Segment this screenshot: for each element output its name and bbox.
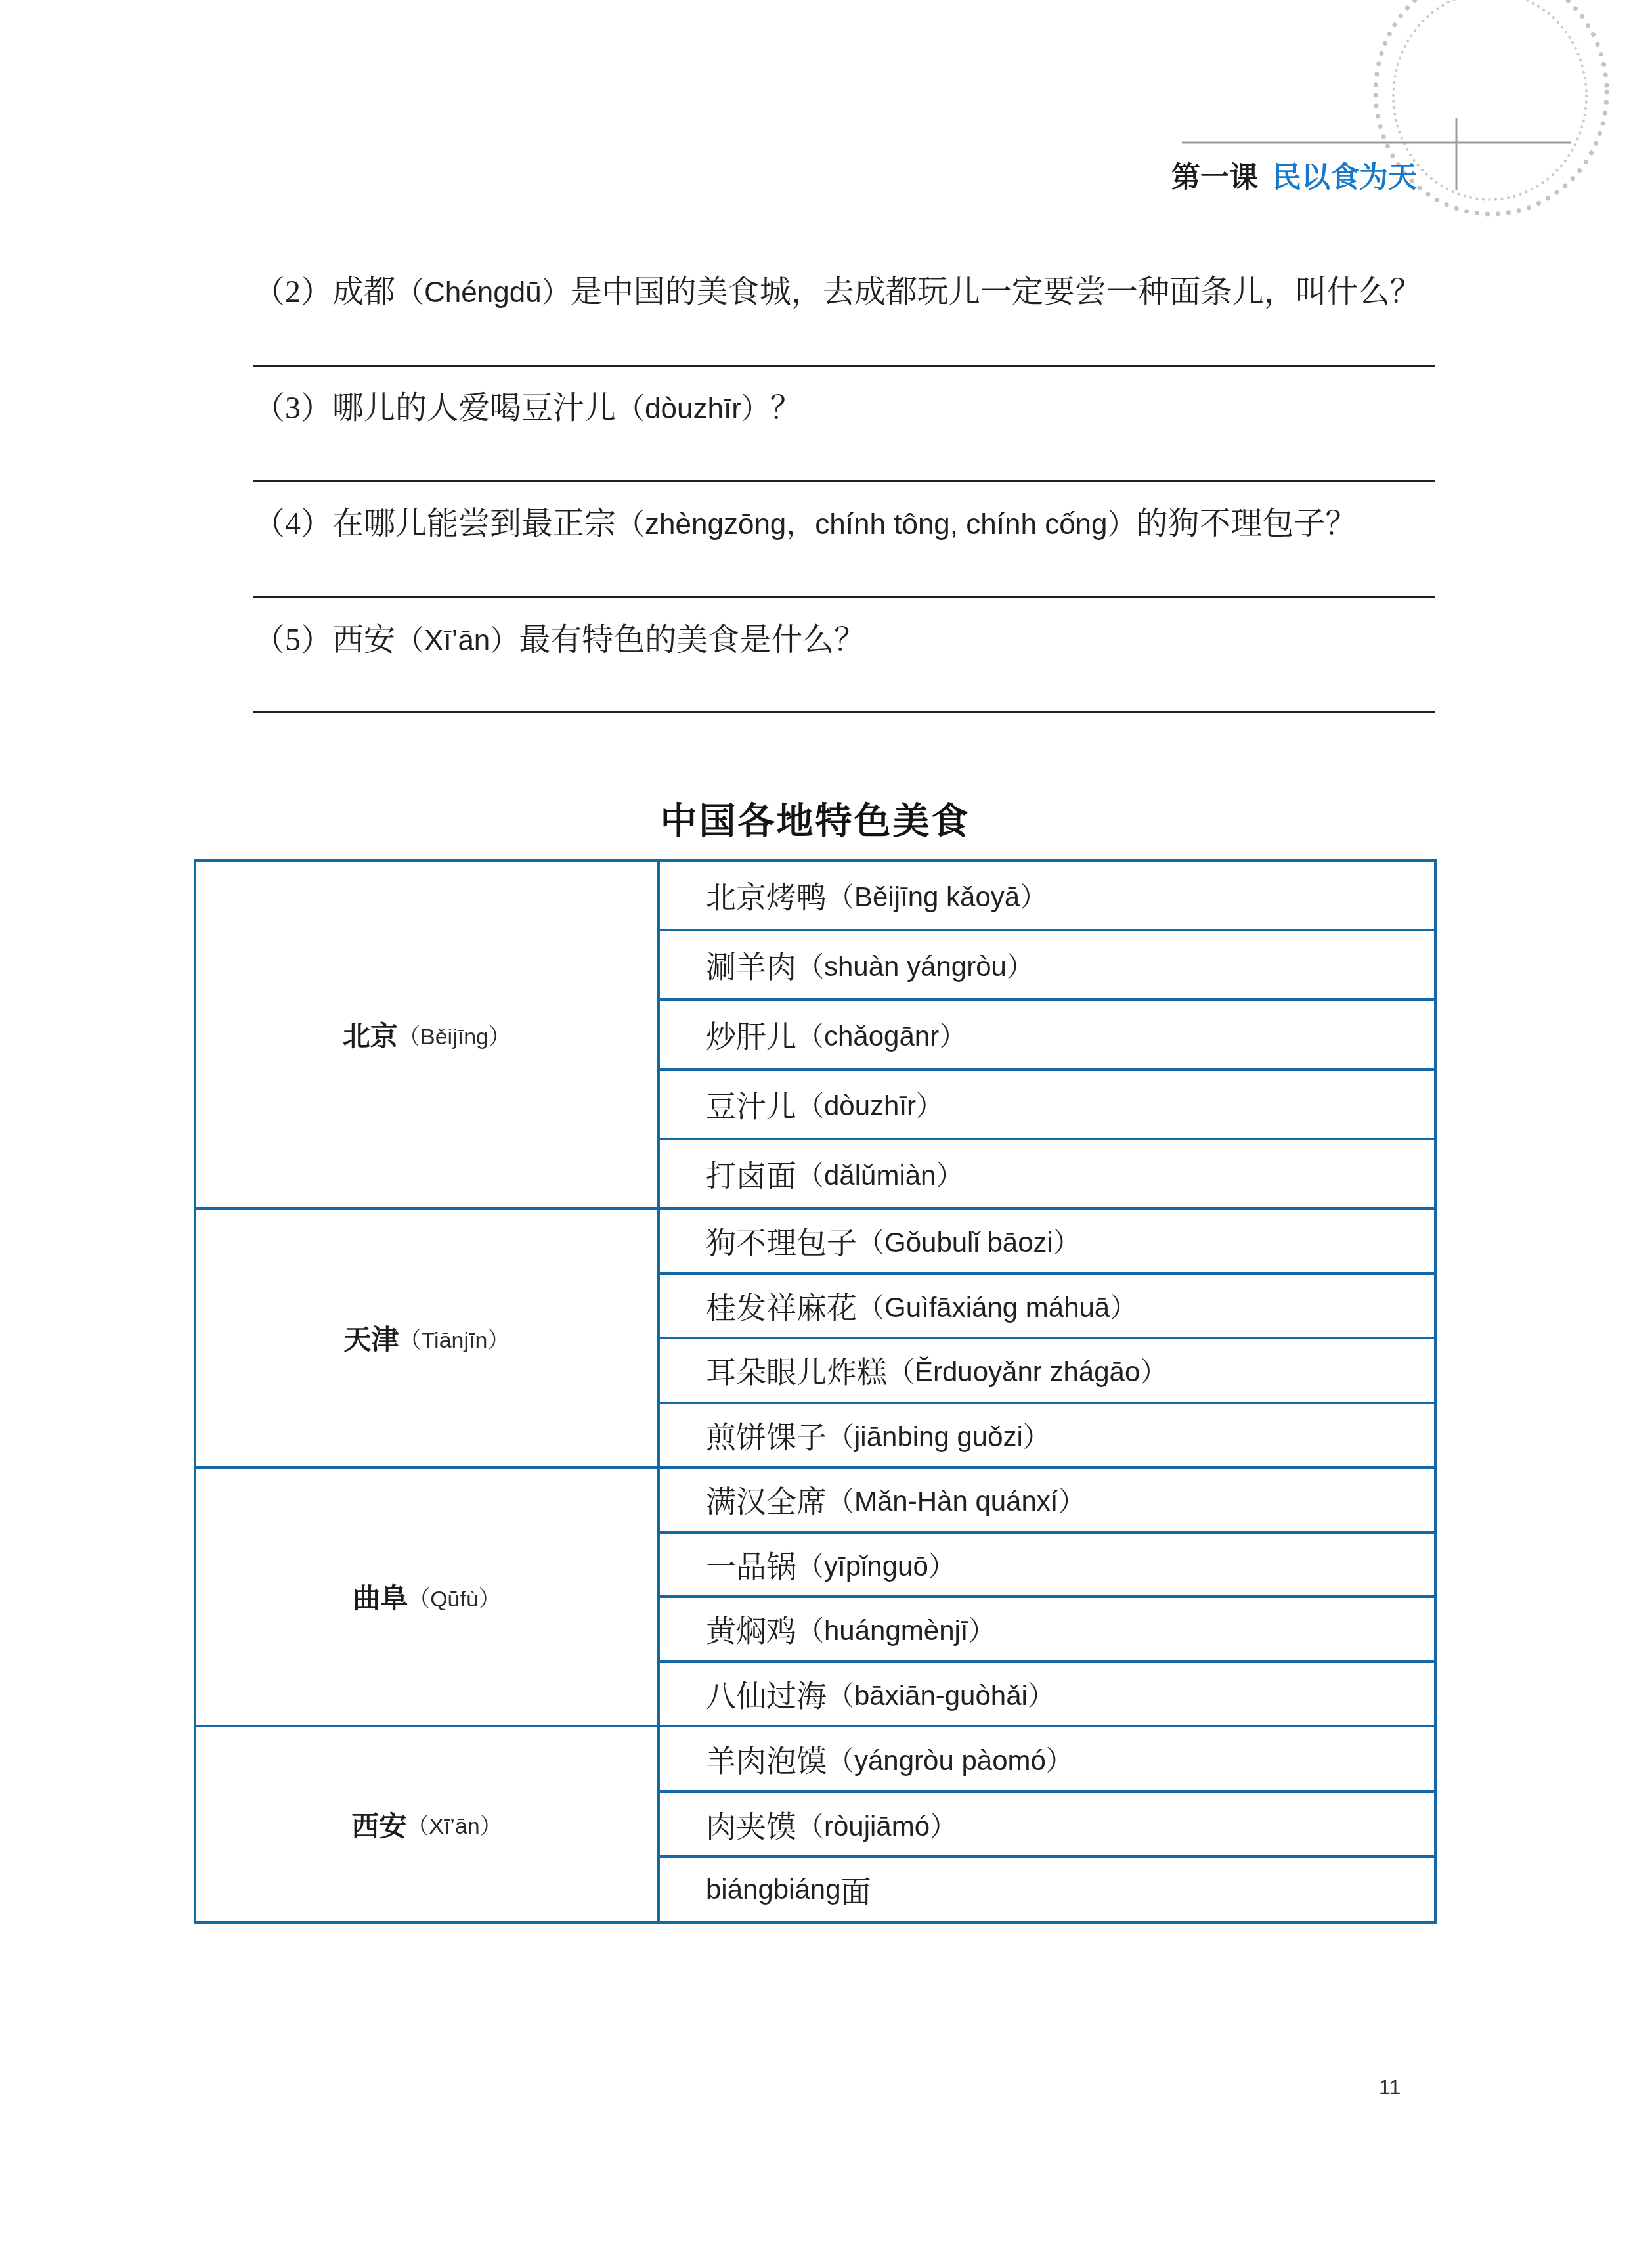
lesson-number-label: 第一课: [1171, 162, 1258, 194]
question-2: （2）成都（Chéngdū）是中国的美食城，去成都玩儿一定要尝一种面条儿，叫什么…: [253, 266, 1442, 311]
question-number: （5）: [253, 623, 332, 657]
question-text: 最有特色的美食是什么？: [519, 623, 865, 657]
question-text: ？: [770, 391, 802, 426]
food-pinyin: （chǎogānr）: [796, 1015, 967, 1054]
food-name: 黄焖鸡: [706, 1607, 796, 1650]
food-pinyin: （huángmènjī）: [796, 1609, 996, 1649]
region-pinyin: （Tiānjīn）: [399, 1322, 510, 1354]
food-row: 炒肝儿（chǎogānr）: [660, 1001, 1434, 1071]
food-pinyin: biángbiáng: [706, 1874, 841, 1905]
food-name: 打卤面: [706, 1152, 796, 1195]
food-name: 豆汁儿: [706, 1082, 796, 1126]
lesson-title: 民以食为天: [1272, 162, 1417, 194]
food-name: 北京烤鸭: [706, 874, 827, 917]
food-pinyin: （Guìfāxiáng máhuā）: [857, 1286, 1137, 1325]
question-pinyin: （dòuzhīr）: [616, 393, 770, 425]
food-name: 满汉全席: [706, 1478, 827, 1521]
food-row: 涮羊肉（shuàn yángròu）: [660, 931, 1434, 1001]
food-row: 北京烤鸭（Běijīng kǎoyā）: [660, 862, 1434, 931]
food-name: 耳朵眼儿炸糕: [706, 1348, 887, 1392]
food-row: 肉夹馍（ròujiāmó）: [660, 1793, 1434, 1859]
question-number: （3）: [253, 391, 332, 426]
food-list: 狗不理包子（Gǒubulǐ bāozi） 桂发祥麻花（Guìfāxiáng má…: [660, 1210, 1434, 1466]
food-name: 面: [841, 1868, 871, 1911]
food-name: 桂发祥麻花: [706, 1284, 857, 1327]
food-list: 北京烤鸭（Běijīng kǎoyā） 涮羊肉（shuàn yángròu） 炒…: [660, 862, 1434, 1207]
question-text: 的狗不理包子？: [1137, 506, 1357, 541]
food-name: 涮羊肉: [706, 943, 796, 986]
food-pinyin: （Gǒubulǐ bāozi）: [857, 1221, 1081, 1260]
region-cell: 北京（Běijīng）: [196, 862, 660, 1207]
food-name: 羊肉泡馍: [706, 1737, 827, 1781]
food-pinyin: （dòuzhīr）: [796, 1084, 944, 1124]
region-pinyin: （Qūfù）: [408, 1581, 501, 1613]
region-name: 曲阜: [353, 1577, 408, 1616]
answer-line: [253, 365, 1435, 367]
question-text: 在哪儿能尝到最正宗: [332, 506, 616, 541]
food-row: 黄焖鸡（huángmènjī）: [660, 1598, 1434, 1663]
question-text: 成都: [332, 275, 395, 309]
food-row: 八仙过海（bāxiān-guòhǎi）: [660, 1663, 1434, 1725]
food-row: 桂发祥麻花（Guìfāxiáng máhuā）: [660, 1275, 1434, 1340]
inner-dotted-circle: [1393, 0, 1586, 200]
answer-line: [253, 711, 1435, 713]
food-pinyin: （Ěrduoyǎnr zhágāo）: [887, 1350, 1167, 1390]
food-row: biángbiáng 面: [660, 1858, 1434, 1921]
food-name: 肉夹馍: [706, 1803, 796, 1846]
question-number: （4）: [253, 506, 332, 541]
question-number: （2）: [253, 275, 332, 309]
region-name: 西安: [351, 1805, 406, 1844]
food-pinyin: （Mǎn-Hàn quánxí）: [827, 1480, 1086, 1519]
table-group-xian: 西安（Xī’ān） 羊肉泡馍（yángròu pàomó） 肉夹馍（ròujiā…: [196, 1727, 1434, 1921]
region-pinyin: （Xī’ān）: [406, 1808, 502, 1840]
food-name: 狗不理包子: [706, 1219, 857, 1262]
textbook-page: 第一课民以食为天 （2）成都（Chéngdū）是中国的美食城，去成都玩儿一定要尝…: [0, 0, 1652, 2258]
region-cell: 曲阜（Qūfù）: [196, 1469, 660, 1725]
food-pinyin: （Běijīng kǎoyā）: [827, 875, 1047, 915]
question-text: 是中国的美食城，去成都玩儿一定要尝一种面条儿，叫什么？: [571, 275, 1422, 309]
food-row: 羊肉泡馍（yángròu pàomó）: [660, 1727, 1434, 1793]
food-row: 狗不理包子（Gǒubulǐ bāozi）: [660, 1210, 1434, 1275]
table-group-tianjin: 天津（Tiānjīn） 狗不理包子（Gǒubulǐ bāozi） 桂发祥麻花（G…: [196, 1210, 1434, 1469]
question-pinyin: （zhèngzōng，chính tông, chính cống）: [616, 508, 1137, 541]
region-cell: 天津（Tiānjīn）: [196, 1210, 660, 1466]
food-pinyin: （jiānbing guǒzi）: [827, 1415, 1051, 1455]
question-pinyin: （Chéngdū）: [395, 277, 571, 309]
food-list: 满汉全席（Mǎn-Hàn quánxí） 一品锅（yīpǐnguō） 黄焖鸡（h…: [660, 1469, 1434, 1725]
region-name: 天津: [344, 1318, 399, 1358]
food-list: 羊肉泡馍（yángròu pàomó） 肉夹馍（ròujiāmó） biángb…: [660, 1727, 1434, 1921]
food-row: 满汉全席（Mǎn-Hàn quánxí）: [660, 1469, 1434, 1534]
regional-foods-table: 北京（Běijīng） 北京烤鸭（Běijīng kǎoyā） 涮羊肉（shuà…: [194, 859, 1437, 1924]
food-pinyin: （yīpǐnguō）: [796, 1545, 956, 1584]
question-text: 西安: [332, 623, 395, 657]
answer-line: [253, 480, 1435, 482]
region-pinyin: （Běijīng）: [398, 1019, 511, 1051]
food-name: 炒肝儿: [706, 1013, 796, 1056]
food-row: 耳朵眼儿炸糕（Ěrduoyǎnr zhágāo）: [660, 1339, 1434, 1404]
table-group-beijing: 北京（Běijīng） 北京烤鸭（Běijīng kǎoyā） 涮羊肉（shuà…: [196, 862, 1434, 1210]
question-4: （4）在哪儿能尝到最正宗（zhèngzōng，chính tông, chính…: [253, 498, 1442, 543]
food-name: 八仙过海: [706, 1672, 827, 1716]
question-5: （5）西安（Xī’ān）最有特色的美食是什么？: [253, 614, 1442, 659]
food-row: 豆汁儿（dòuzhīr）: [660, 1071, 1434, 1140]
region-name: 北京: [343, 1015, 398, 1054]
food-row: 煎饼馃子（jiānbing guǒzi）: [660, 1404, 1434, 1467]
food-name: 一品锅: [706, 1543, 796, 1586]
running-head: 第一课民以食为天: [0, 154, 1417, 196]
food-row: 一品锅（yīpǐnguō）: [660, 1534, 1434, 1599]
food-pinyin: （yángròu pàomó）: [827, 1739, 1074, 1779]
food-pinyin: （dǎlǔmiàn）: [796, 1154, 963, 1193]
food-pinyin: （shuàn yángròu）: [796, 945, 1034, 985]
question-3: （3）哪儿的人爱喝豆汁儿（dòuzhīr）？: [253, 382, 1442, 428]
food-pinyin: （bāxiān-guòhǎi）: [827, 1674, 1055, 1714]
food-name: 煎饼馃子: [706, 1413, 827, 1457]
question-pinyin: （Xī’ān）: [395, 625, 519, 657]
question-text: 哪儿的人爱喝豆汁儿: [332, 391, 616, 426]
table-title: 中国各地特色美食: [194, 792, 1437, 845]
food-row: 打卤面（dǎlǔmiàn）: [660, 1140, 1434, 1207]
food-pinyin: （ròujiāmó）: [796, 1805, 957, 1844]
answer-line: [253, 596, 1435, 598]
table-group-qufu: 曲阜（Qūfù） 满汉全席（Mǎn-Hàn quánxí） 一品锅（yīpǐng…: [196, 1469, 1434, 1727]
region-cell: 西安（Xī’ān）: [196, 1727, 660, 1921]
page-number: 11: [1379, 2075, 1401, 2100]
